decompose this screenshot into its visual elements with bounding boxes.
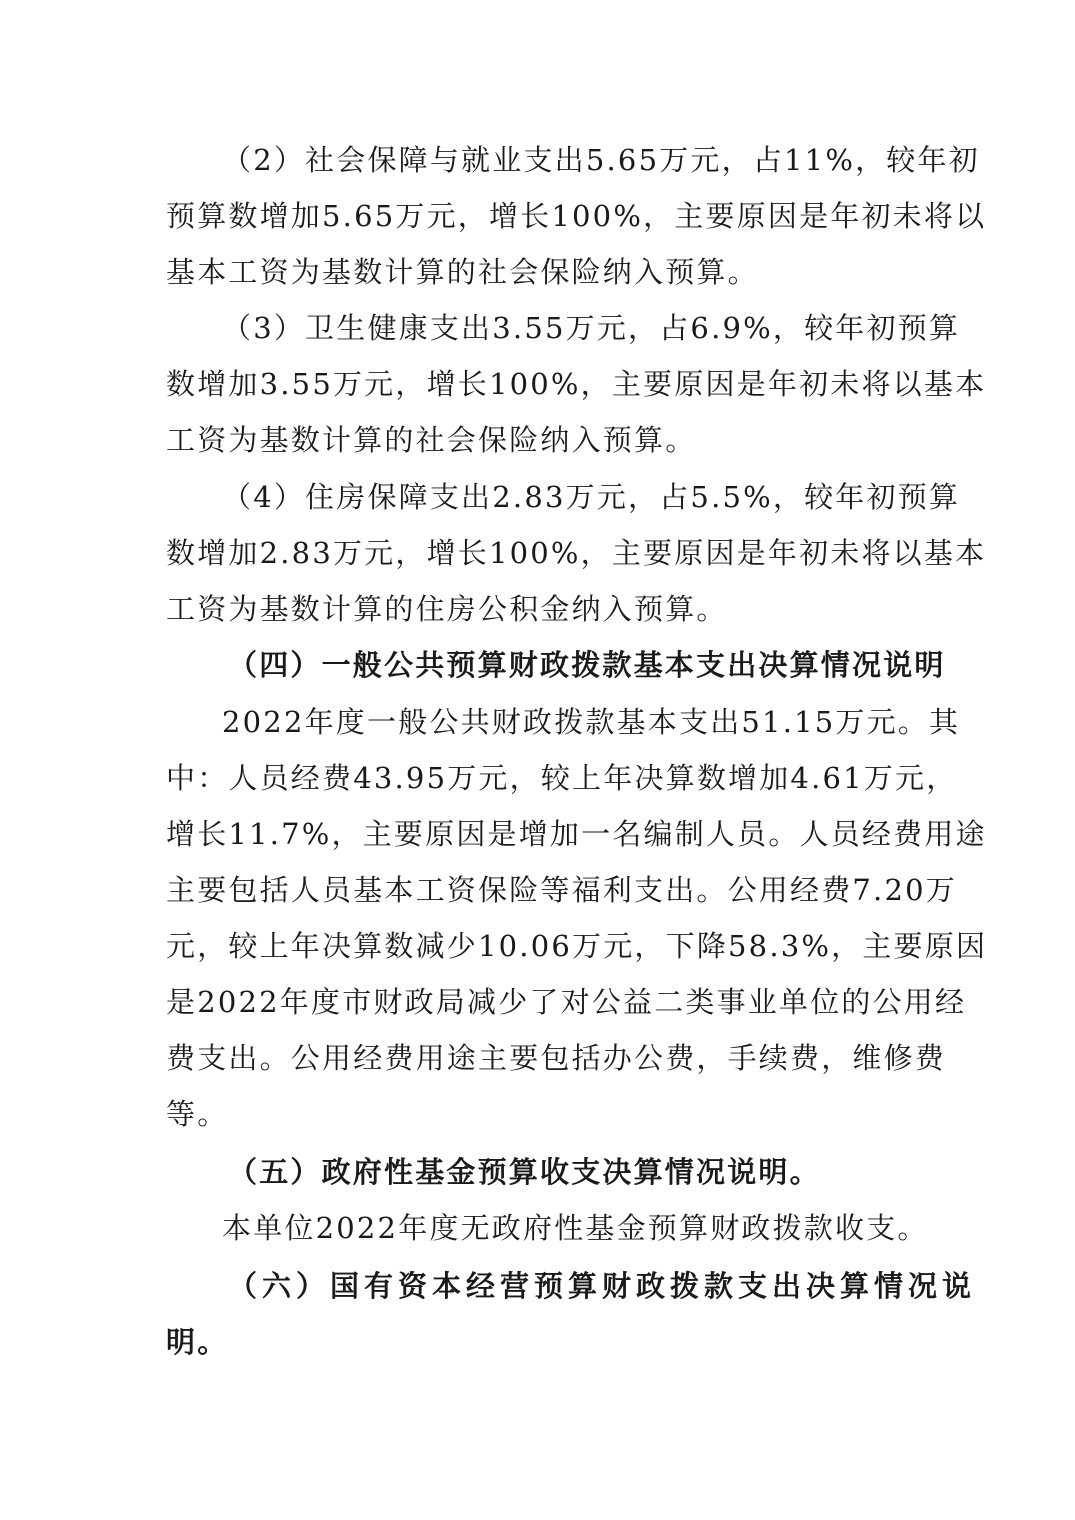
heading-section-5: （五）政府性基金预算收支决算情况说明。 — [228, 1152, 918, 1192]
para-housing-line-2: 数增加2.83万元，增长100%，主要原因是年初未将以基本 — [166, 533, 912, 573]
para-basic-expense-line-8: 等。 — [166, 1094, 912, 1134]
para-gov-fund: 本单位2022年度无政府性基金预算财政拨款收支。 — [222, 1208, 912, 1248]
para-health-line-3: 工资为基数计算的社会保险纳入预算。 — [166, 420, 912, 460]
para-basic-expense-line-7: 费支出。公用经费用途主要包括办公费，手续费，维修费 — [166, 1038, 912, 1078]
para-basic-expense-line-1: 2022年度一般公共财政拨款基本支出51.15万元。其 — [222, 702, 912, 742]
para-housing-line-1: （4）住房保障支出2.83万元，占5.5%，较年初预算 — [222, 477, 912, 517]
heading-section-4: （四）一般公共预算财政拨款基本支出决算情况说明 — [228, 645, 918, 685]
para-health-line-1: （3）卫生健康支出3.55万元，占6.9%，较年初预算 — [222, 308, 912, 348]
heading-section-6-line-1: （六）国有资本经营预算财政拨款支出决算情况说 — [228, 1266, 918, 1306]
para-social-security-line-2: 预算数增加5.65万元，增长100%，主要原因是年初未将以 — [166, 196, 912, 236]
para-housing-line-3: 工资为基数计算的住房公积金纳入预算。 — [166, 589, 912, 629]
para-basic-expense-line-2: 中：人员经费43.95万元，较上年决算数增加4.61万元， — [166, 758, 912, 798]
para-basic-expense-line-5: 元，较上年决算数减少10.06万元，下降58.3%，主要原因 — [166, 926, 912, 966]
heading-section-6-line-2: 明。 — [166, 1322, 912, 1362]
para-basic-expense-line-6: 是2022年度市财政局减少了对公益二类事业单位的公用经 — [166, 982, 912, 1022]
para-social-security-line-1: （2）社会保障与就业支出5.65万元，占11%，较年初 — [222, 140, 912, 180]
para-health-line-2: 数增加3.55万元，增长100%，主要原因是年初未将以基本 — [166, 364, 912, 404]
para-basic-expense-line-3: 增长11.7%，主要原因是增加一名编制人员。人员经费用途 — [166, 814, 912, 854]
para-basic-expense-line-4: 主要包括人员基本工资保险等福利支出。公用经费7.20万 — [166, 870, 912, 910]
para-social-security-line-3: 基本工资为基数计算的社会保险纳入预算。 — [166, 252, 912, 292]
